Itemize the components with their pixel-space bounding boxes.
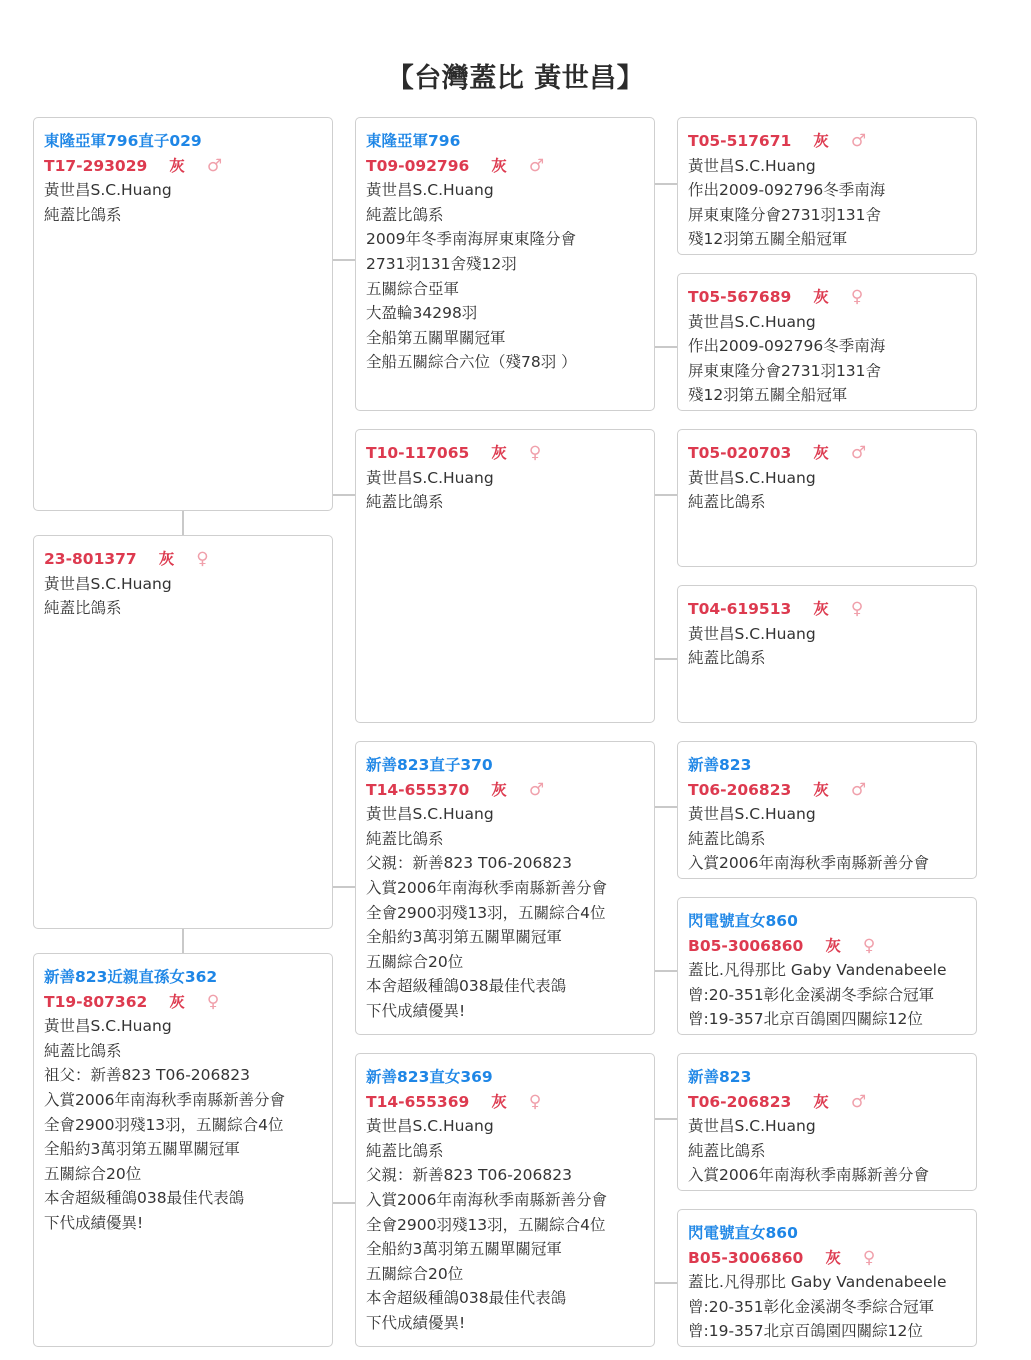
ring-number-row: T06-206823灰♂	[688, 1090, 966, 1115]
ring-number-row: T19-807362灰♀	[44, 990, 322, 1015]
feather-color: 灰	[169, 157, 185, 175]
info-line: 黃世昌S.C.Huang	[366, 178, 644, 203]
pigeon-card-dam2[interactable]: 新善823直女369 T14-655369灰♀ 黃世昌S.C.Huang 純蓋比…	[355, 1053, 655, 1347]
feather-color: 灰	[491, 444, 507, 462]
info-line: 全船約3萬羽第五關單關冠軍	[366, 925, 644, 950]
ring-number-row: T14-655370灰♂	[366, 778, 644, 803]
male-icon: ♂	[851, 131, 866, 151]
info-line: 屏東東隆分會2731羽131舍	[688, 203, 966, 228]
pigeon-card-partner[interactable]: 23-801377灰♀ 黃世昌S.C.Huang 純蓋比鴿系	[33, 535, 333, 929]
info-line: 蓋比.凡得那比 Gaby Vandenabeele	[688, 1270, 966, 1295]
feather-color: 灰	[169, 993, 185, 1011]
pigeon-card-sire[interactable]: 東隆亞軍796 T09-092796灰♂ 黃世昌S.C.Huang 純蓋比鴿系 …	[355, 117, 655, 411]
pigeon-card-gp8[interactable]: 閃電號直女860 B05-3006860灰♀ 蓋比.凡得那比 Gaby Vand…	[677, 1209, 977, 1347]
info-line: 全會2900羽殘13羽，五關綜合4位	[366, 1213, 644, 1238]
female-icon: ♀	[207, 992, 219, 1012]
ring-number: 23-801377	[44, 550, 137, 568]
info-line: 入賞2006年南海秋季南縣新善分會	[688, 1163, 966, 1188]
info-line: 曾:20-351彰化金溪湖冬季綜合冠軍	[688, 983, 966, 1008]
info-line: 純蓋比鴿系	[688, 827, 966, 852]
pigeon-card-partner2[interactable]: 新善823近親直孫女362 T19-807362灰♀ 黃世昌S.C.Huang …	[33, 953, 333, 1347]
info-line: 黃世昌S.C.Huang	[366, 1114, 644, 1139]
info-line: 曾:19-357北京百鴿園四關綜12位	[688, 1319, 966, 1344]
info-line: 純蓋比鴿系	[366, 1139, 644, 1164]
connector-line	[332, 886, 356, 888]
connector-line	[654, 806, 678, 808]
pigeon-card-gp7[interactable]: 新善823 T06-206823灰♂ 黃世昌S.C.Huang 純蓋比鴿系 入賞…	[677, 1053, 977, 1191]
female-icon: ♀	[196, 549, 208, 569]
pigeon-nickname: 新善823近親直孫女362	[44, 965, 322, 990]
male-icon: ♂	[529, 780, 544, 800]
ring-number: T17-293029	[44, 157, 147, 175]
pigeon-nickname: 東隆亞軍796	[366, 129, 644, 154]
ring-number-row: T10-117065灰♀	[366, 441, 644, 466]
info-line: 純蓋比鴿系	[366, 203, 644, 228]
info-line: 入賞2006年南海秋季南縣新善分會	[688, 851, 966, 876]
female-icon: ♀	[851, 287, 863, 307]
info-line: 純蓋比鴿系	[688, 1139, 966, 1164]
pigeon-card-dam[interactable]: T10-117065灰♀ 黃世昌S.C.Huang 純蓋比鴿系	[355, 429, 655, 723]
info-line: 五關綜合20位	[366, 1262, 644, 1287]
info-line: 父親：新善823 T06-206823	[366, 851, 644, 876]
info-line: 2731羽131舍殘12羽	[366, 252, 644, 277]
feather-color: 灰	[813, 132, 829, 150]
pigeon-card-gp1[interactable]: T05-517671灰♂ 黃世昌S.C.Huang 作出2009-092796冬…	[677, 117, 977, 255]
feather-color: 灰	[813, 444, 829, 462]
info-line: 黃世昌S.C.Huang	[44, 1014, 322, 1039]
ring-number-row: T05-020703灰♂	[688, 441, 966, 466]
connector-line	[332, 259, 356, 261]
info-line: 黃世昌S.C.Huang	[366, 466, 644, 491]
ring-number: B05-3006860	[688, 1249, 803, 1267]
info-line: 純蓋比鴿系	[44, 1039, 322, 1064]
info-line: 純蓋比鴿系	[688, 646, 966, 671]
connector-line	[654, 183, 678, 185]
ring-number: T10-117065	[366, 444, 469, 462]
connector-line	[654, 494, 678, 496]
ring-number-row: T05-517671灰♂	[688, 129, 966, 154]
info-line: 殘12羽第五關全船冠軍	[688, 227, 966, 252]
pigeon-nickname: 新善823直女369	[366, 1065, 644, 1090]
male-icon: ♂	[529, 156, 544, 176]
feather-color: 灰	[825, 937, 841, 955]
ring-number-row: B05-3006860灰♀	[688, 934, 966, 959]
feather-color: 灰	[491, 1093, 507, 1111]
info-line: 黃世昌S.C.Huang	[44, 572, 322, 597]
female-icon: ♀	[863, 1248, 875, 1268]
info-line: 黃世昌S.C.Huang	[688, 802, 966, 827]
info-line: 入賞2006年南海秋季南縣新善分會	[366, 1188, 644, 1213]
male-icon: ♂	[207, 156, 222, 176]
pigeon-nickname: 閃電號直女860	[688, 1221, 966, 1246]
info-line: 曾:19-357北京百鴿園四關綜12位	[688, 1007, 966, 1032]
info-line: 本舍超級種鴿038最佳代表鴿	[366, 974, 644, 999]
info-line: 全船第五關單關冠軍	[366, 326, 644, 351]
feather-color: 灰	[813, 600, 829, 618]
pigeon-nickname: 新善823直子370	[366, 753, 644, 778]
info-line: 黃世昌S.C.Huang	[688, 1114, 966, 1139]
female-icon: ♀	[863, 936, 875, 956]
pigeon-card-gp4[interactable]: T04-619513灰♀ 黃世昌S.C.Huang 純蓋比鴿系	[677, 585, 977, 723]
connector-line	[654, 658, 678, 660]
info-line: 入賞2006年南海秋季南縣新善分會	[366, 876, 644, 901]
info-line: 黃世昌S.C.Huang	[688, 622, 966, 647]
info-line: 作出2009-092796冬季南海	[688, 334, 966, 359]
info-line: 下代成績優異!	[44, 1211, 322, 1236]
ring-number: T06-206823	[688, 781, 791, 799]
info-line: 本舍超級種鴿038最佳代表鴿	[44, 1186, 322, 1211]
ring-number-row: T14-655369灰♀	[366, 1090, 644, 1115]
pigeon-card-gp5[interactable]: 新善823 T06-206823灰♂ 黃世昌S.C.Huang 純蓋比鴿系 入賞…	[677, 741, 977, 879]
female-icon: ♀	[851, 599, 863, 619]
info-line: 下代成績優異!	[366, 1311, 644, 1336]
pigeon-card-gp3[interactable]: T05-020703灰♂ 黃世昌S.C.Huang 純蓋比鴿系	[677, 429, 977, 567]
connector-line	[332, 494, 356, 496]
info-line: 純蓋比鴿系	[366, 490, 644, 515]
info-line: 作出2009-092796冬季南海	[688, 178, 966, 203]
pigeon-card-sire2[interactable]: 新善823直子370 T14-655370灰♂ 黃世昌S.C.Huang 純蓋比…	[355, 741, 655, 1035]
male-icon: ♂	[851, 443, 866, 463]
male-icon: ♂	[851, 780, 866, 800]
connector-line	[654, 346, 678, 348]
pigeon-nickname: 東隆亞軍796直子029	[44, 129, 322, 154]
pigeon-nickname: 新善823	[688, 753, 966, 778]
info-line: 黃世昌S.C.Huang	[44, 178, 322, 203]
connector-line	[182, 928, 184, 954]
ring-number-row: T05-567689灰♀	[688, 285, 966, 310]
info-line: 全船約3萬羽第五關單關冠軍	[44, 1137, 322, 1162]
info-line: 殘12羽第五關全船冠軍	[688, 383, 966, 408]
info-line: 全船約3萬羽第五關單關冠軍	[366, 1237, 644, 1262]
info-line: 入賞2006年南海秋季南縣新善分會	[44, 1088, 322, 1113]
ring-number-row: 23-801377灰♀	[44, 547, 322, 572]
ring-number: T05-020703	[688, 444, 791, 462]
ring-number: T05-517671	[688, 132, 791, 150]
info-line: 純蓋比鴿系	[44, 203, 322, 228]
page-title: 【台灣蓋比 黃世昌】	[0, 56, 1031, 95]
male-icon: ♂	[851, 1092, 866, 1112]
female-icon: ♀	[529, 1092, 541, 1112]
feather-color: 灰	[825, 1249, 841, 1267]
info-line: 全船五關綜合六位（殘78羽 ）	[366, 350, 644, 375]
pigeon-card-gp6[interactable]: 閃電號直女860 B05-3006860灰♀ 蓋比.凡得那比 Gaby Vand…	[677, 897, 977, 1035]
info-line: 純蓋比鴿系	[44, 596, 322, 621]
info-line: 黃世昌S.C.Huang	[688, 310, 966, 335]
ring-number: T14-655369	[366, 1093, 469, 1111]
info-line: 純蓋比鴿系	[688, 490, 966, 515]
info-line: 黃世昌S.C.Huang	[688, 154, 966, 179]
connector-line	[332, 1202, 356, 1204]
info-line: 2009年冬季南海屏東東隆分會	[366, 227, 644, 252]
pigeon-nickname: 新善823	[688, 1065, 966, 1090]
info-line: 屏東東隆分會2731羽131舍	[688, 359, 966, 384]
feather-color: 灰	[159, 550, 175, 568]
ring-number: T06-206823	[688, 1093, 791, 1111]
pigeon-card-subject[interactable]: 東隆亞軍796直子029 T17-293029灰♂ 黃世昌S.C.Huang 純…	[33, 117, 333, 511]
info-line: 大盈輪34298羽	[366, 301, 644, 326]
info-line: 全會2900羽殘13羽，五關綜合4位	[44, 1113, 322, 1138]
connector-line	[654, 1282, 678, 1284]
info-line: 全會2900羽殘13羽，五關綜合4位	[366, 901, 644, 926]
feather-color: 灰	[491, 157, 507, 175]
ring-number: T09-092796	[366, 157, 469, 175]
feather-color: 灰	[491, 781, 507, 799]
connector-line	[654, 970, 678, 972]
ring-number-row: B05-3006860灰♀	[688, 1246, 966, 1271]
ring-number-row: T09-092796灰♂	[366, 154, 644, 179]
info-line: 五關綜合20位	[44, 1162, 322, 1187]
info-line: 五關綜合亞軍	[366, 277, 644, 302]
ring-number: T05-567689	[688, 288, 791, 306]
feather-color: 灰	[813, 288, 829, 306]
ring-number: B05-3006860	[688, 937, 803, 955]
info-line: 父親：新善823 T06-206823	[366, 1163, 644, 1188]
connector-line	[182, 510, 184, 536]
info-line: 本舍超級種鴿038最佳代表鴿	[366, 1286, 644, 1311]
info-line: 純蓋比鴿系	[366, 827, 644, 852]
info-line: 黃世昌S.C.Huang	[366, 802, 644, 827]
feather-color: 灰	[813, 1093, 829, 1111]
info-line: 祖父：新善823 T06-206823	[44, 1063, 322, 1088]
pigeon-nickname: 閃電號直女860	[688, 909, 966, 934]
info-line: 曾:20-351彰化金溪湖冬季綜合冠軍	[688, 1295, 966, 1320]
ring-number-row: T06-206823灰♂	[688, 778, 966, 803]
female-icon: ♀	[529, 443, 541, 463]
connector-line	[654, 1118, 678, 1120]
pigeon-card-gp2[interactable]: T05-567689灰♀ 黃世昌S.C.Huang 作出2009-092796冬…	[677, 273, 977, 411]
ring-number: T04-619513	[688, 600, 791, 618]
feather-color: 灰	[813, 781, 829, 799]
ring-number: T14-655370	[366, 781, 469, 799]
ring-number: T19-807362	[44, 993, 147, 1011]
info-line: 黃世昌S.C.Huang	[688, 466, 966, 491]
info-line: 蓋比.凡得那比 Gaby Vandenabeele	[688, 958, 966, 983]
ring-number-row: T04-619513灰♀	[688, 597, 966, 622]
info-line: 五關綜合20位	[366, 950, 644, 975]
ring-number-row: T17-293029灰♂	[44, 154, 322, 179]
info-line: 下代成績優異!	[366, 999, 644, 1024]
